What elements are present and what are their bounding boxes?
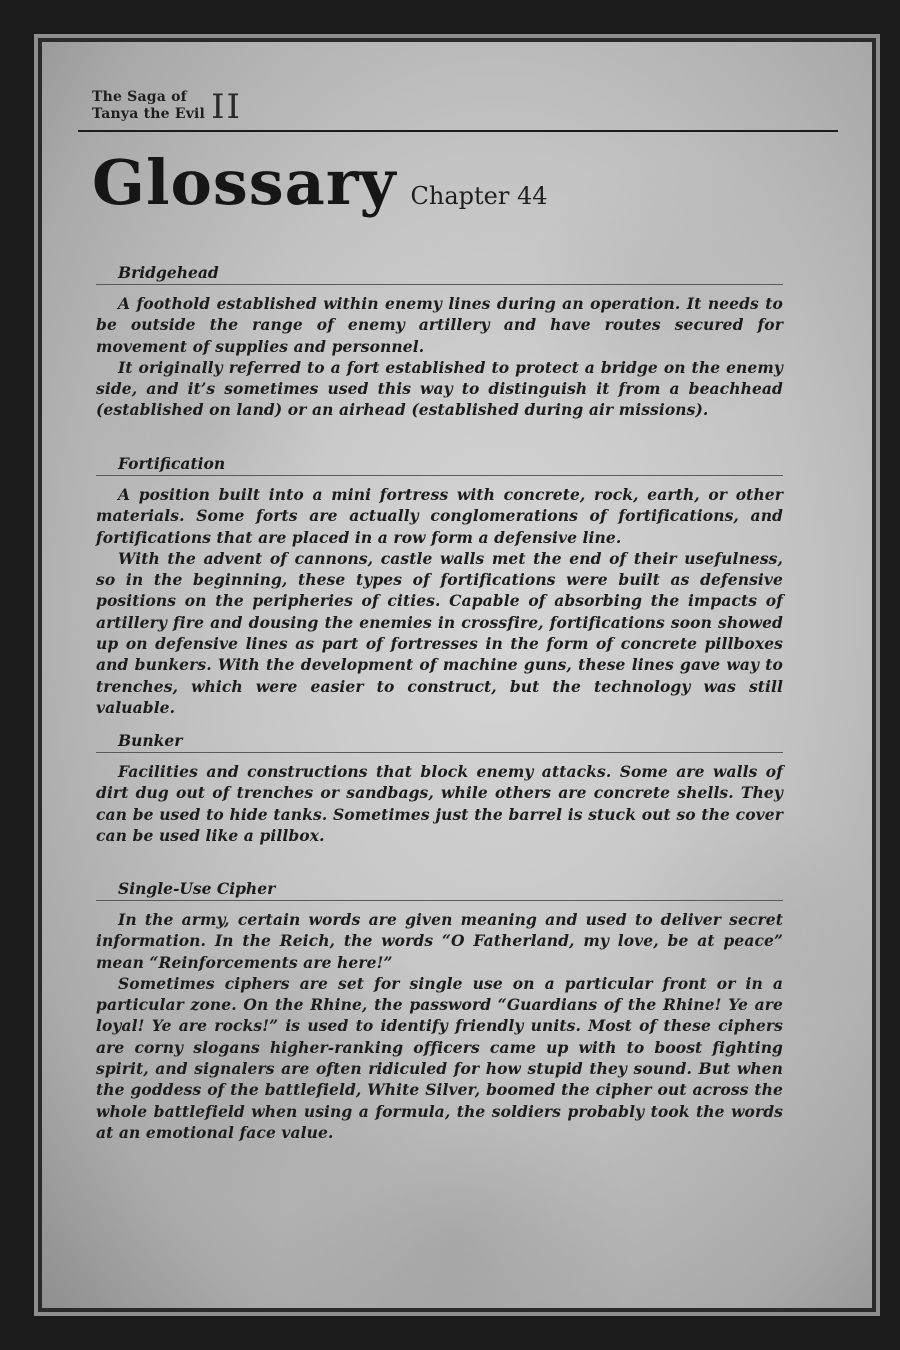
term-heading: Bridgehead: [96, 262, 783, 285]
definition-paragraph: Sometimes ciphers are set for single use…: [96, 973, 783, 1143]
series-title: The Saga of Tanya the Evil: [92, 89, 205, 123]
volume-numeral: II: [211, 90, 242, 124]
definition-paragraph: Facilities and constructions that block …: [96, 761, 783, 846]
glossary-entry-fortification: Fortification A position built into a mi…: [96, 453, 783, 718]
glossary-title: Glossary: [92, 148, 397, 218]
series-title-line1: The Saga of: [92, 89, 205, 106]
term-heading: Fortification: [96, 453, 783, 476]
term-heading: Single-Use Cipher: [96, 878, 783, 901]
definition-paragraph: It originally referred to a fort establi…: [96, 357, 783, 421]
definition-paragraph: A position built into a mini fortress wi…: [96, 484, 783, 548]
header-rule: [78, 130, 838, 132]
term-heading: Bunker: [96, 730, 783, 753]
glossary-entry-bridgehead: Bridgehead A foothold established within…: [96, 262, 783, 421]
definition-paragraph: In the army, certain words are given mea…: [96, 909, 783, 973]
glossary-entry-single-use-cipher: Single-Use Cipher In the army, certain w…: [96, 878, 783, 1143]
series-title-line2: Tanya the Evil: [92, 106, 205, 123]
running-header: The Saga of Tanya the Evil II: [92, 88, 242, 124]
definition-paragraph: With the advent of cannons, castle walls…: [96, 548, 783, 718]
page-title: Glossary Chapter 44: [92, 148, 548, 218]
chapter-label: Chapter 44: [411, 182, 548, 210]
glossary-entry-bunker: Bunker Facilities and constructions that…: [96, 730, 783, 846]
definition-paragraph: A foothold established within enemy line…: [96, 293, 783, 357]
